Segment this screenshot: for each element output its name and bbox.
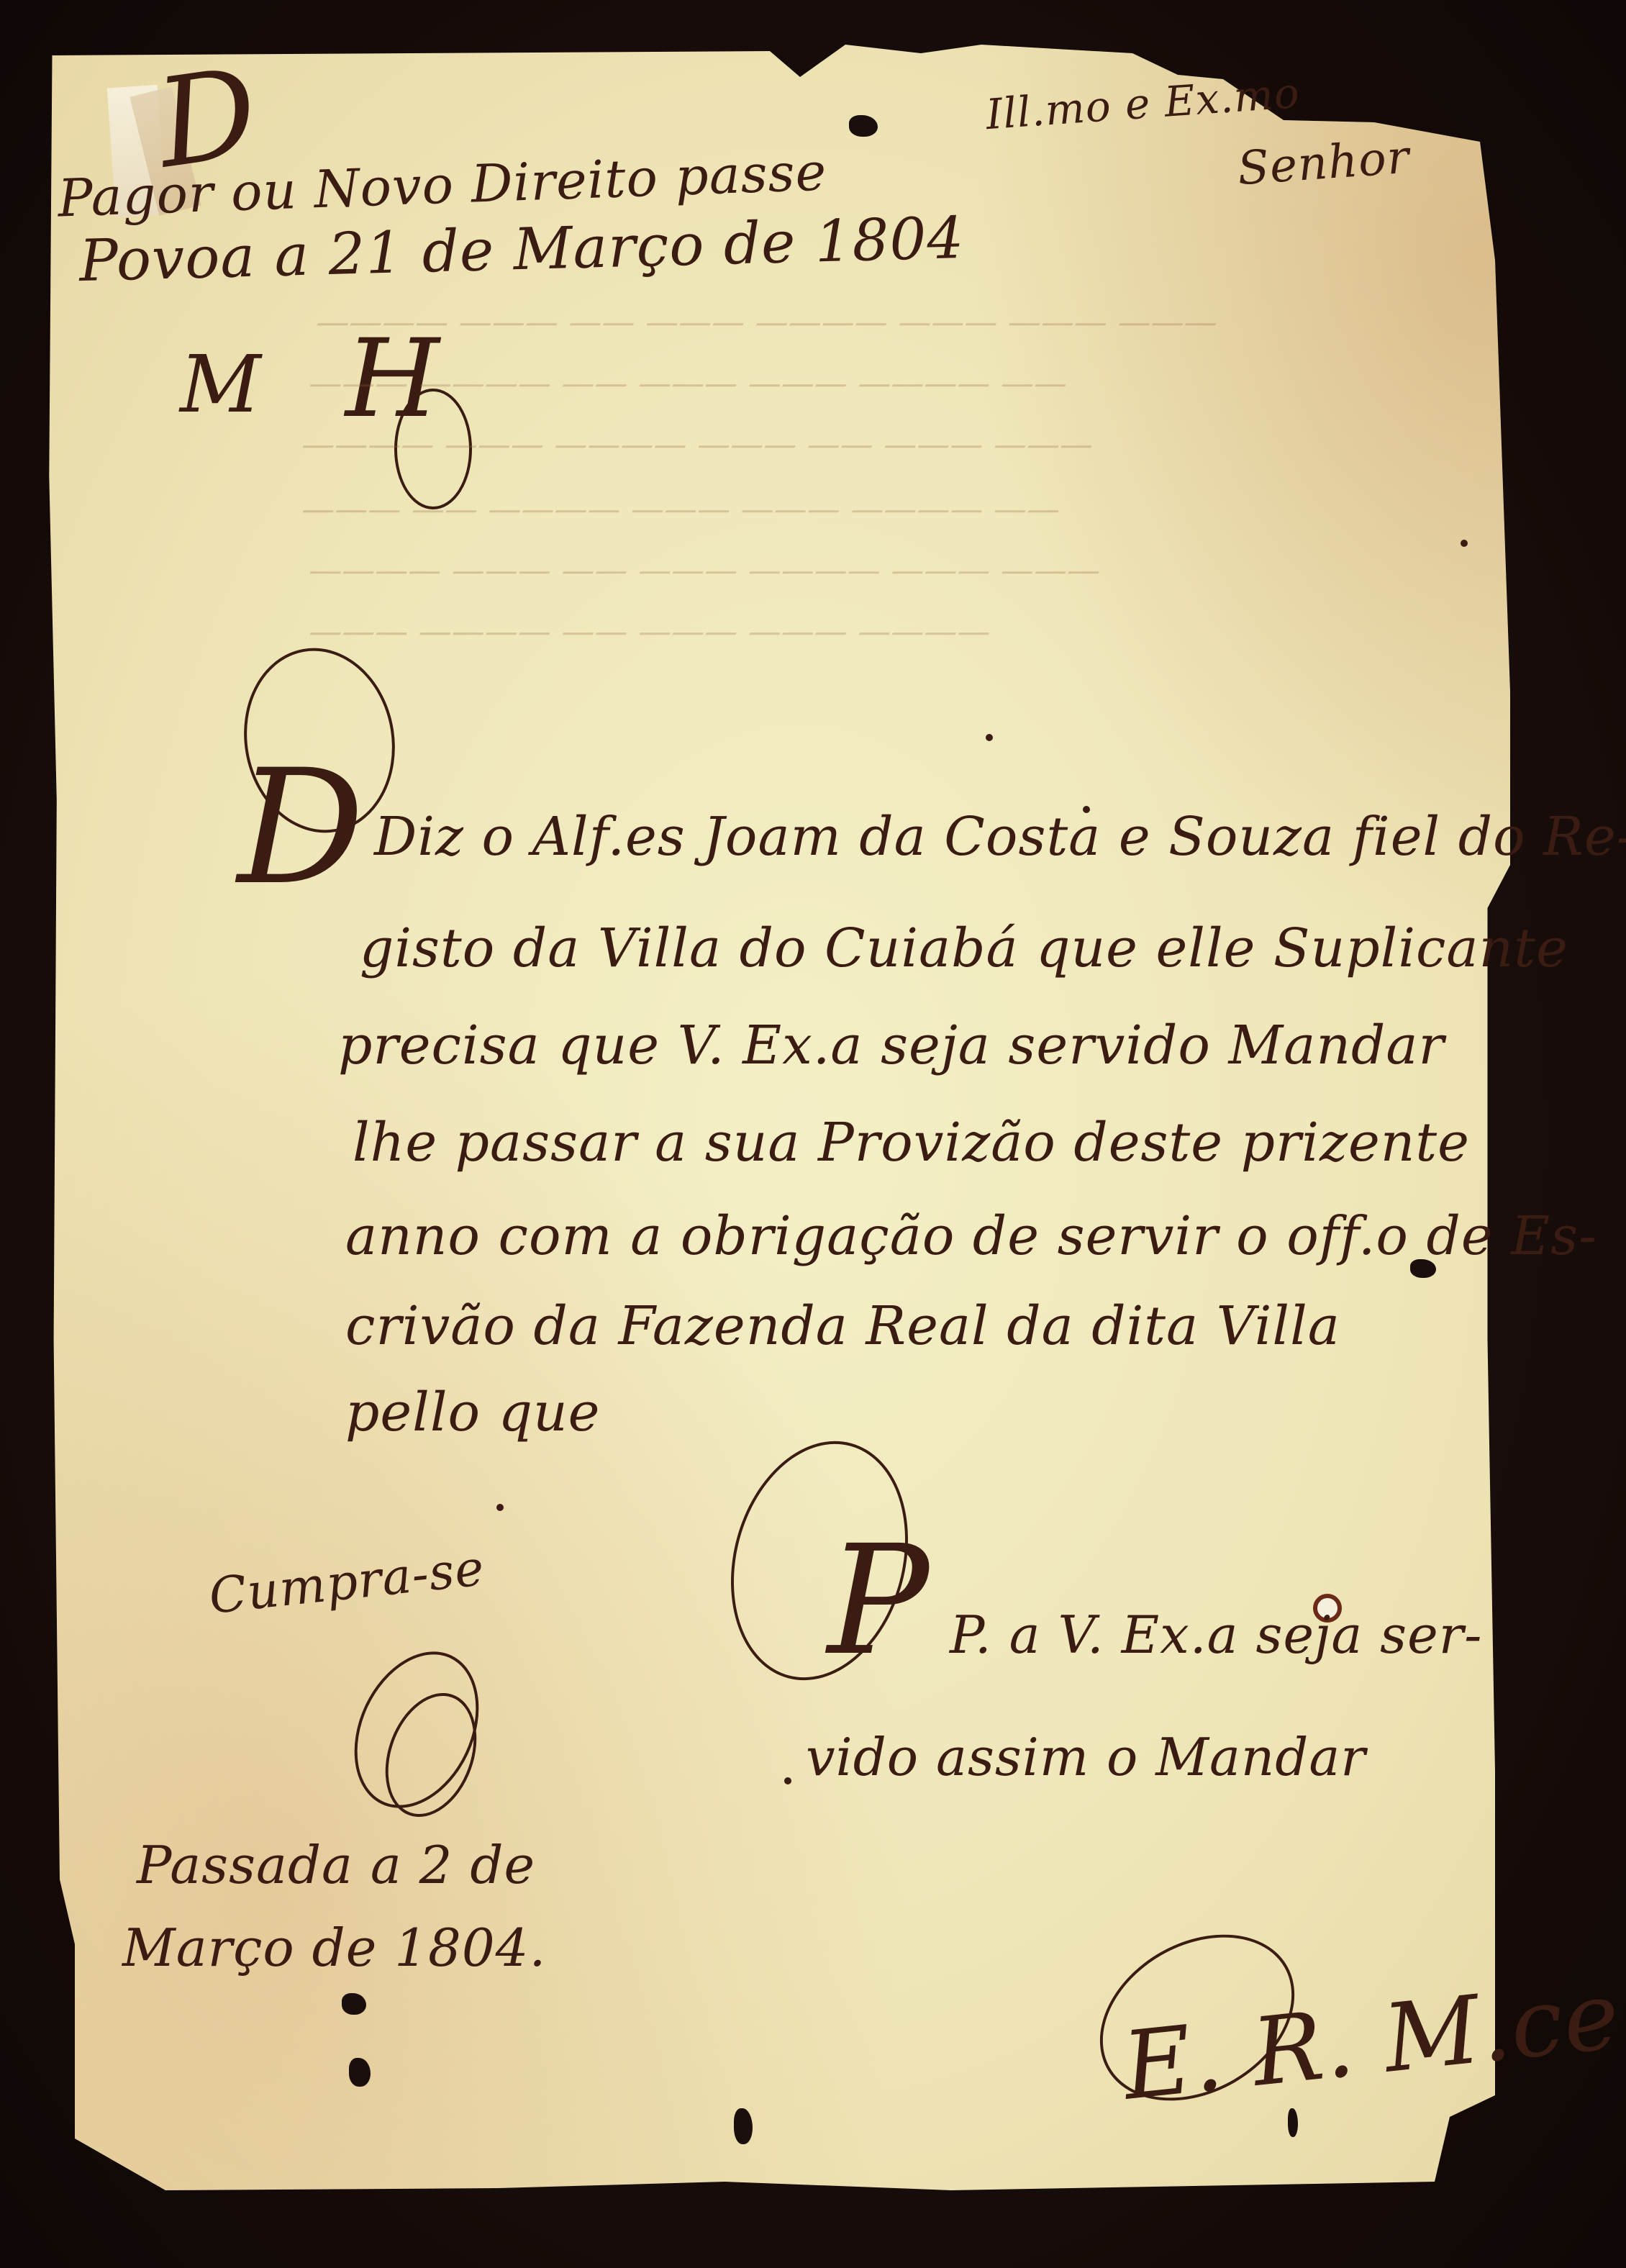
petition-line-3: precisa que V. Ex.a seja servido Mandar bbox=[338, 1015, 1445, 1076]
scan-background: D Pagor ou Novo Direito passe Povoa a 21… bbox=[0, 0, 1626, 2268]
burn-hole bbox=[734, 2108, 753, 2144]
closing-line-1: P. a V. Ex.a seja ser- bbox=[950, 1605, 1483, 1665]
ink-spot bbox=[1461, 540, 1468, 547]
petition-initial: D bbox=[237, 748, 364, 907]
ink-spot bbox=[784, 1777, 791, 1784]
closing-line-2: vido assim o Mandar bbox=[806, 1727, 1366, 1787]
bleed-through-text: ——— —— ———— ——— ——— ———— —— bbox=[298, 489, 1064, 528]
petition-line-5: anno com a obrigação de servir o off.o d… bbox=[345, 1205, 1597, 1267]
rubric-left: M bbox=[180, 338, 262, 430]
margin-note-line-3: Março de 1804. bbox=[122, 1918, 546, 1978]
burn-hole bbox=[349, 2058, 371, 2087]
ink-spot bbox=[1083, 806, 1090, 813]
bleed-through-text: ——— ———— —— ——— ——— ———— bbox=[305, 612, 995, 650]
ink-spot bbox=[496, 1504, 504, 1511]
bleed-through-text: ———— ——— —— ——— ———— ——— ——— bbox=[305, 550, 1104, 589]
petition-line-4: lhe passar a sua Provizão deste prizente bbox=[353, 1112, 1470, 1174]
petition-line-2: gisto da Villa do Cuiabá que elle Suplic… bbox=[360, 917, 1568, 979]
petition-line-7: pello que bbox=[345, 1382, 600, 1443]
burn-hole bbox=[1288, 2108, 1298, 2137]
petition-line-6: crivão da Fazenda Real da dita Villa bbox=[345, 1295, 1340, 1357]
closing-initial: P bbox=[827, 1525, 929, 1677]
burn-hole bbox=[342, 1993, 366, 2015]
margin-note-line-2: Passada a 2 de bbox=[137, 1835, 535, 1895]
bleed-through-text: ———— ——— ———— ——— —— ——— ——— bbox=[298, 425, 1097, 463]
bleed-through-text: ———— ——— —— ——— ———— ——— ——— ——— bbox=[312, 302, 1222, 341]
ink-spot bbox=[986, 734, 993, 741]
petition-line-1: Diz o Alf.es Joam da Costa e Souza fiel … bbox=[374, 806, 1626, 868]
burn-hole bbox=[849, 115, 878, 137]
bleed-through-text: ——— ———— —— ——— ——— ———— —— bbox=[305, 363, 1071, 402]
